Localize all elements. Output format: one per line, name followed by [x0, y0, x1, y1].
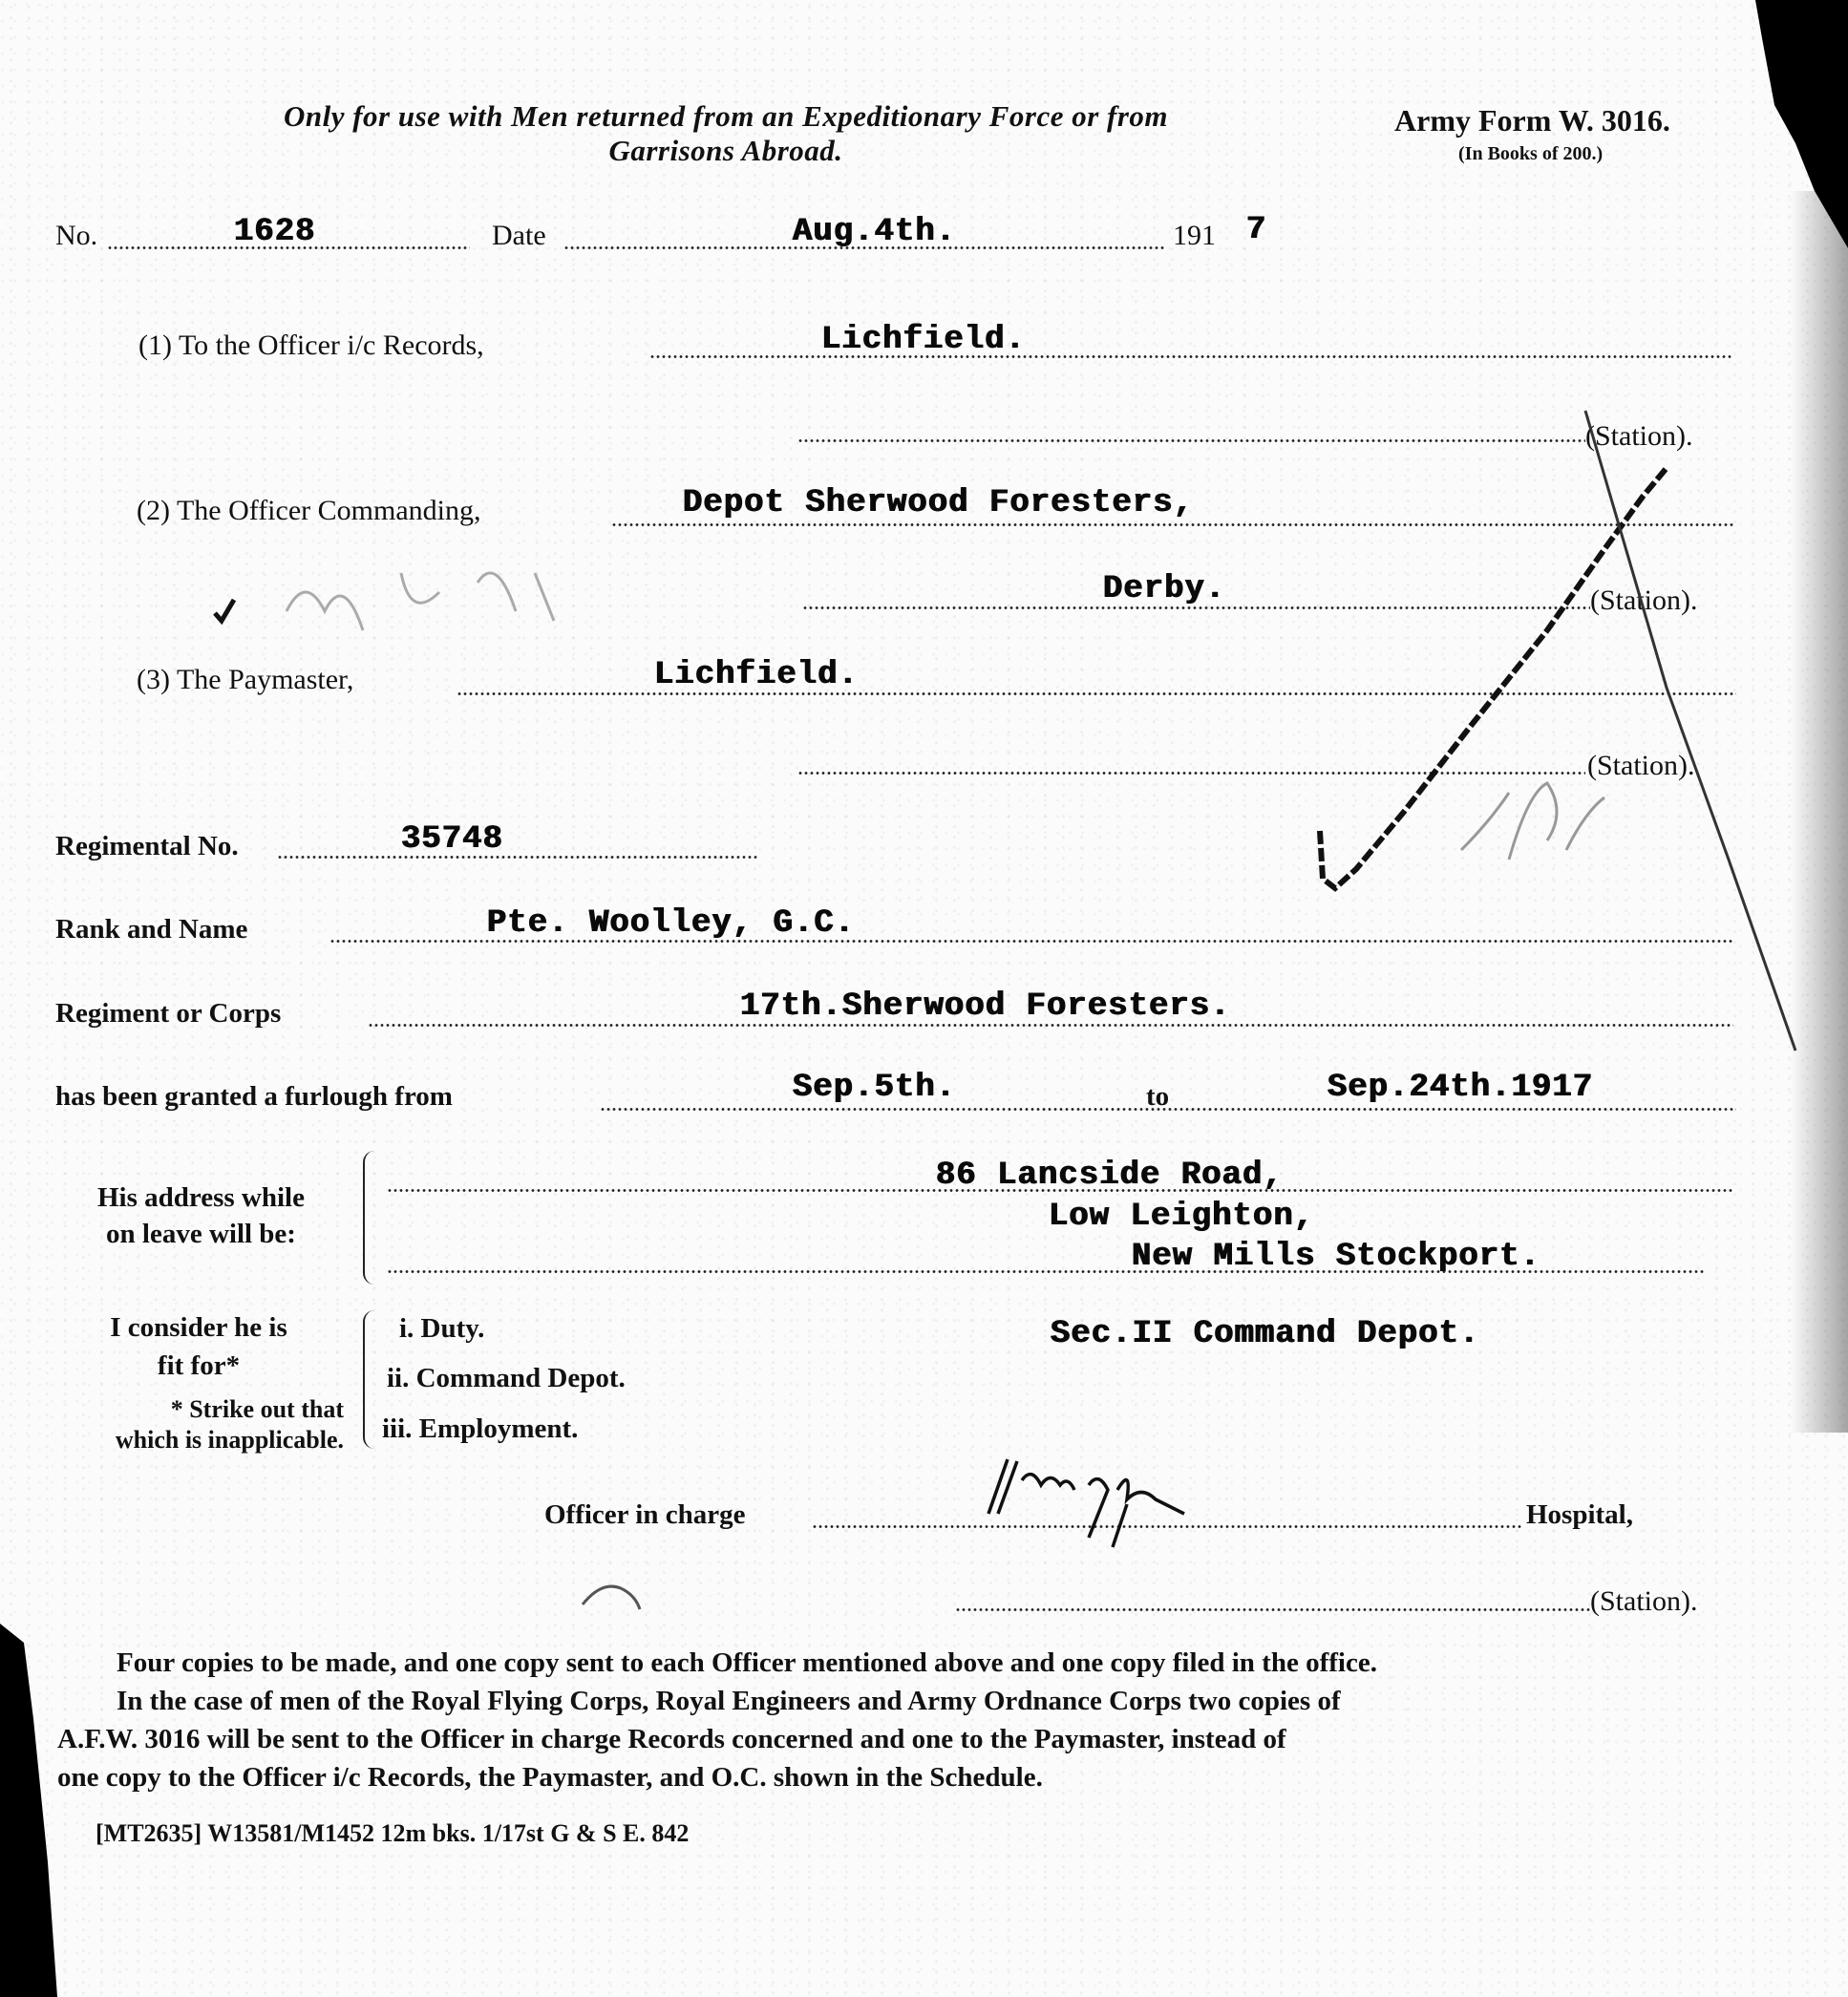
- diagonal-strike-line: [1585, 411, 1795, 1051]
- pencil-initials: [1461, 783, 1604, 860]
- officer-signature: [988, 1459, 1184, 1547]
- ink-smudge: [583, 1586, 640, 1609]
- handwritten-marks: [0, 0, 1848, 1997]
- large-check-mark: [1320, 468, 1667, 888]
- document-page: Only for use with Men returned from an E…: [0, 0, 1848, 1997]
- small-tick-mark: [215, 600, 234, 621]
- pencil-date-annotation: [287, 573, 554, 630]
